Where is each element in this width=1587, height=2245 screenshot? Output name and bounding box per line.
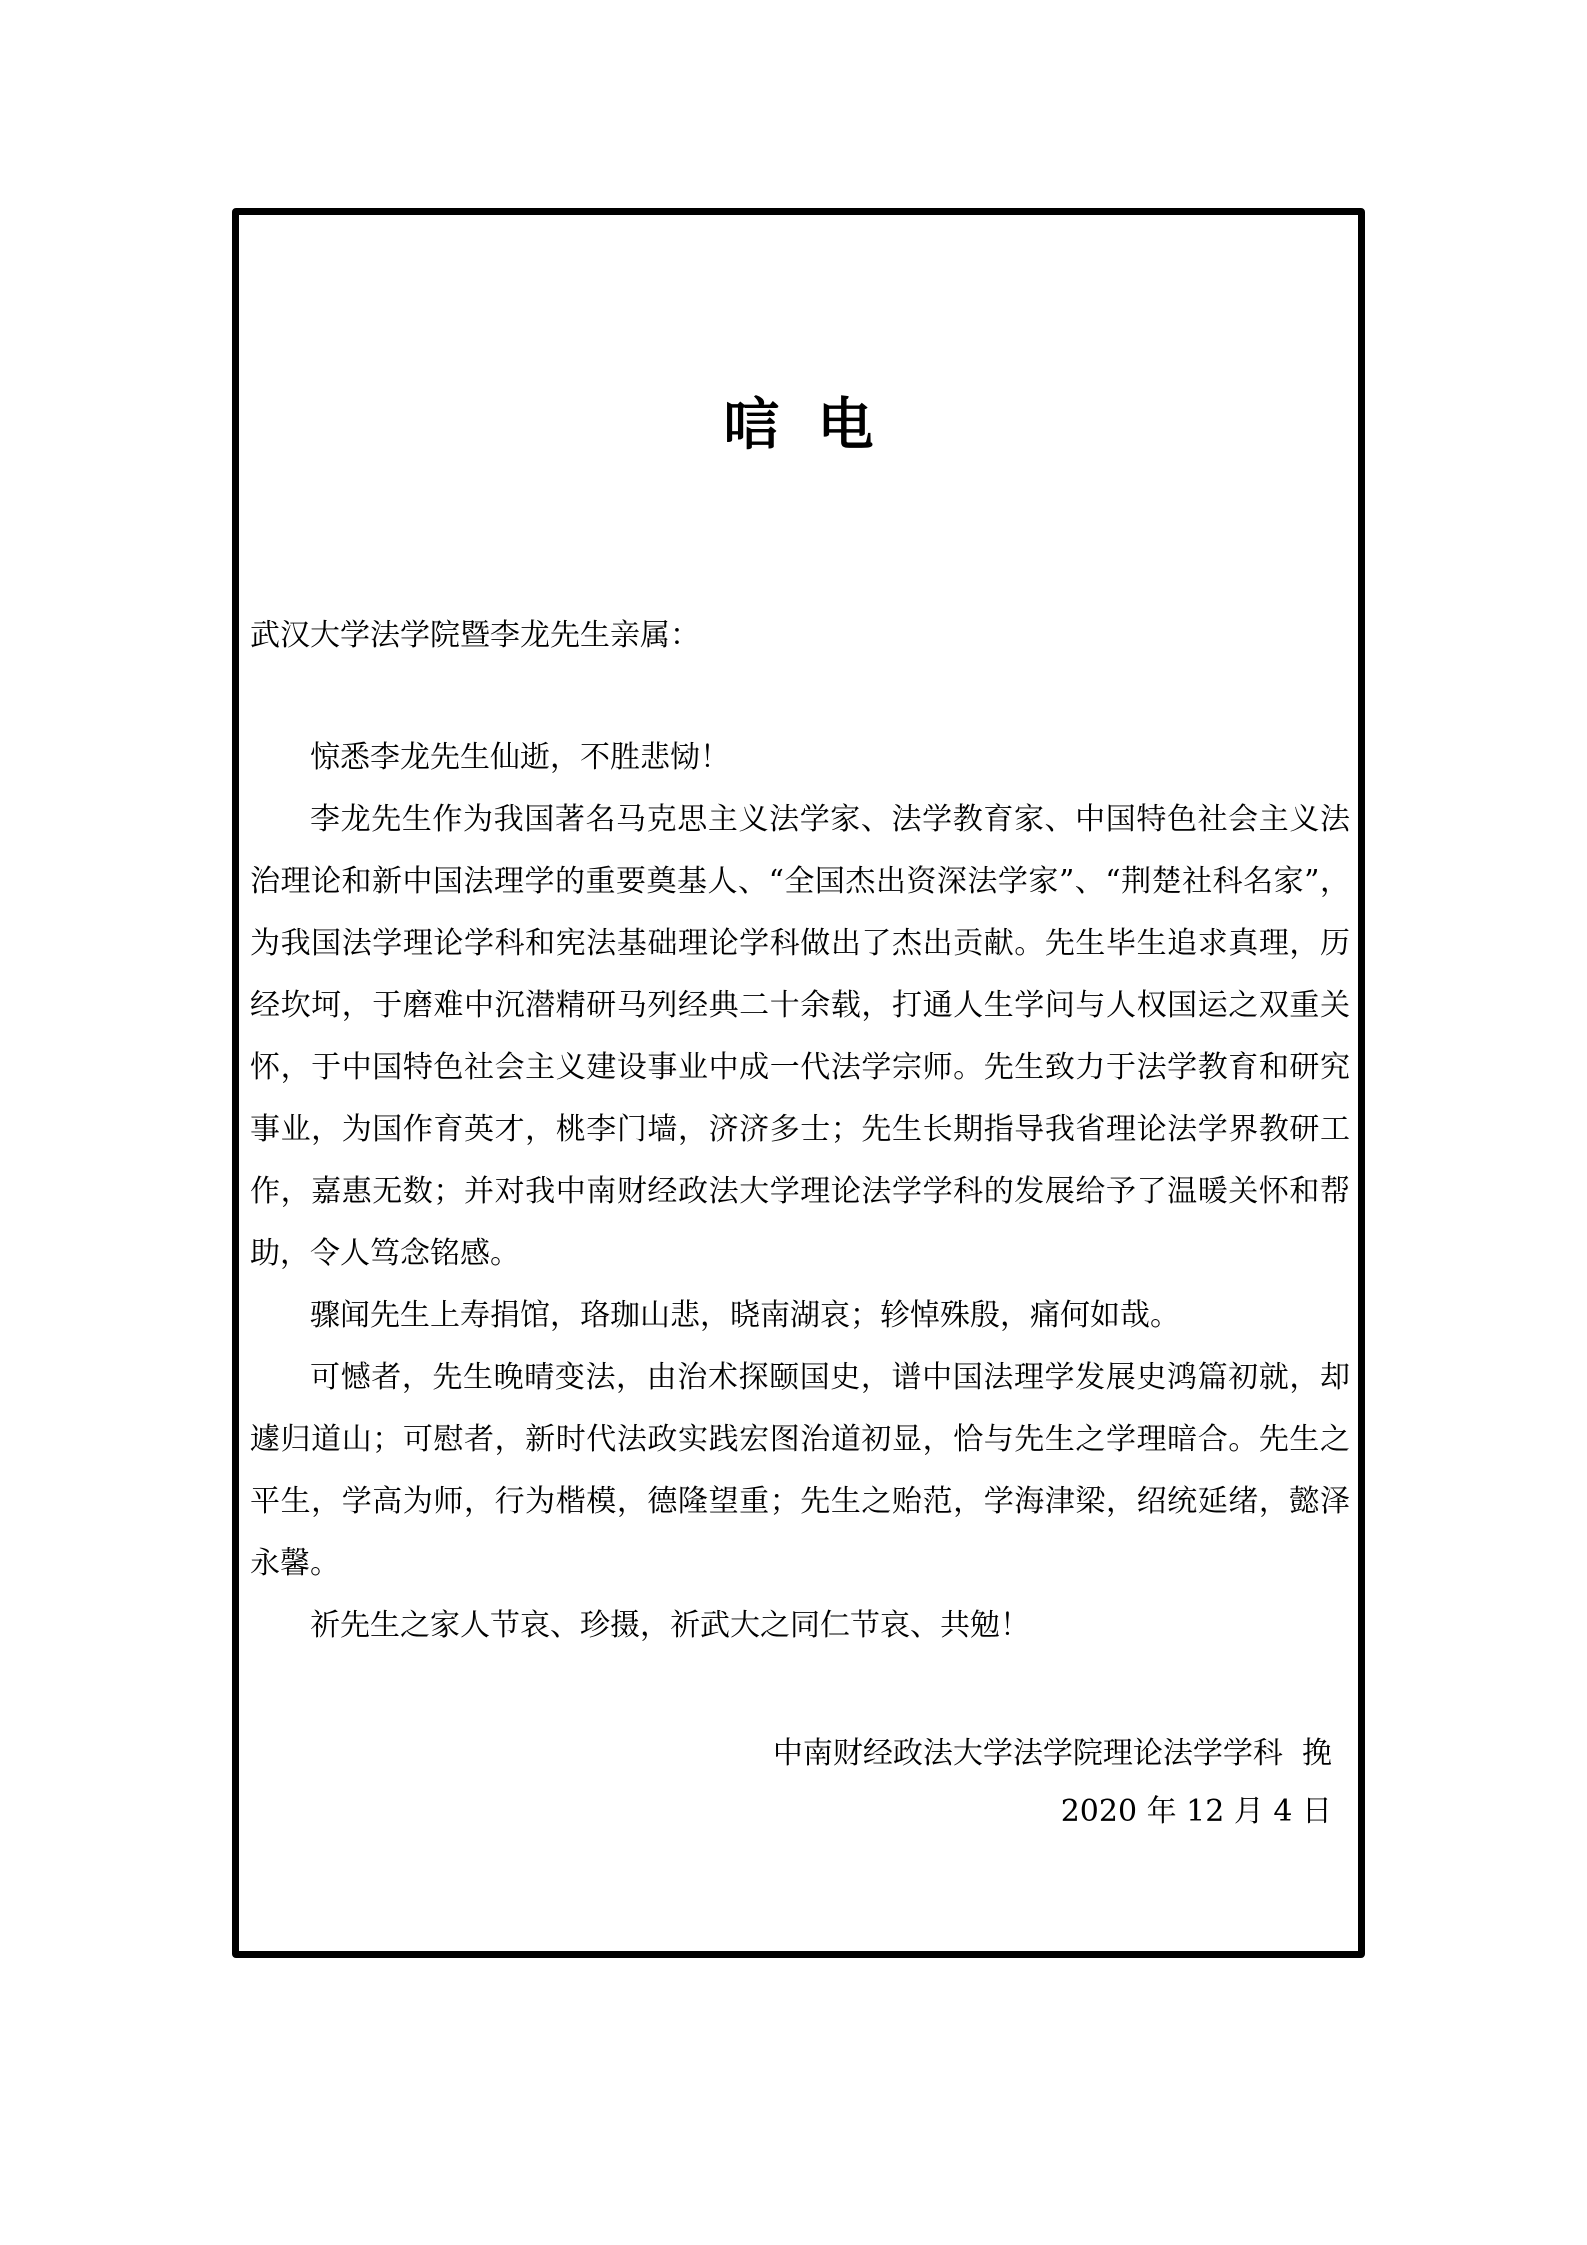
- document-body: 惊悉李龙先生仙逝，不胜悲恸！ 李龙先生作为我国著名马克思主义法学家、法学教育家、…: [250, 727, 1350, 1657]
- signature-sender: 中南财经政法大学法学院理论法学学科 挽: [773, 1725, 1332, 1783]
- signature-date: 2020 年 12 月 4 日: [773, 1783, 1332, 1841]
- document-title: 唁电: [239, 391, 1358, 461]
- paragraph-condolence-opening: 惊悉李龙先生仙逝，不胜悲恸！: [250, 727, 1350, 789]
- paragraph-biography: 李龙先生作为我国著名马克思主义法学家、法学教育家、中国特色社会主义法治理论和新中…: [250, 789, 1350, 1285]
- paragraph-closing-wishes: 祈先生之家人节哀、珍摄，祈武大之同仁节哀、共勉！: [250, 1595, 1350, 1657]
- document-border-frame: 唁电 武汉大学法学院暨李龙先生亲属： 惊悉李龙先生仙逝，不胜悲恸！ 李龙先生作为…: [232, 208, 1365, 1958]
- signature-block: 中南财经政法大学法学院理论法学学科 挽 2020 年 12 月 4 日: [773, 1725, 1332, 1841]
- salutation: 武汉大学法学院暨李龙先生亲属：: [250, 605, 1350, 667]
- paragraph-mourning: 骤闻先生上寿捐馆，珞珈山悲，晓南湖哀；轸悼殊殷，痛何如哉。: [250, 1285, 1350, 1347]
- paragraph-tribute: 可憾者，先生晚晴变法，由治术探颐国史，谱中国法理学发展史鸿篇初就，却遽归道山；可…: [250, 1347, 1350, 1595]
